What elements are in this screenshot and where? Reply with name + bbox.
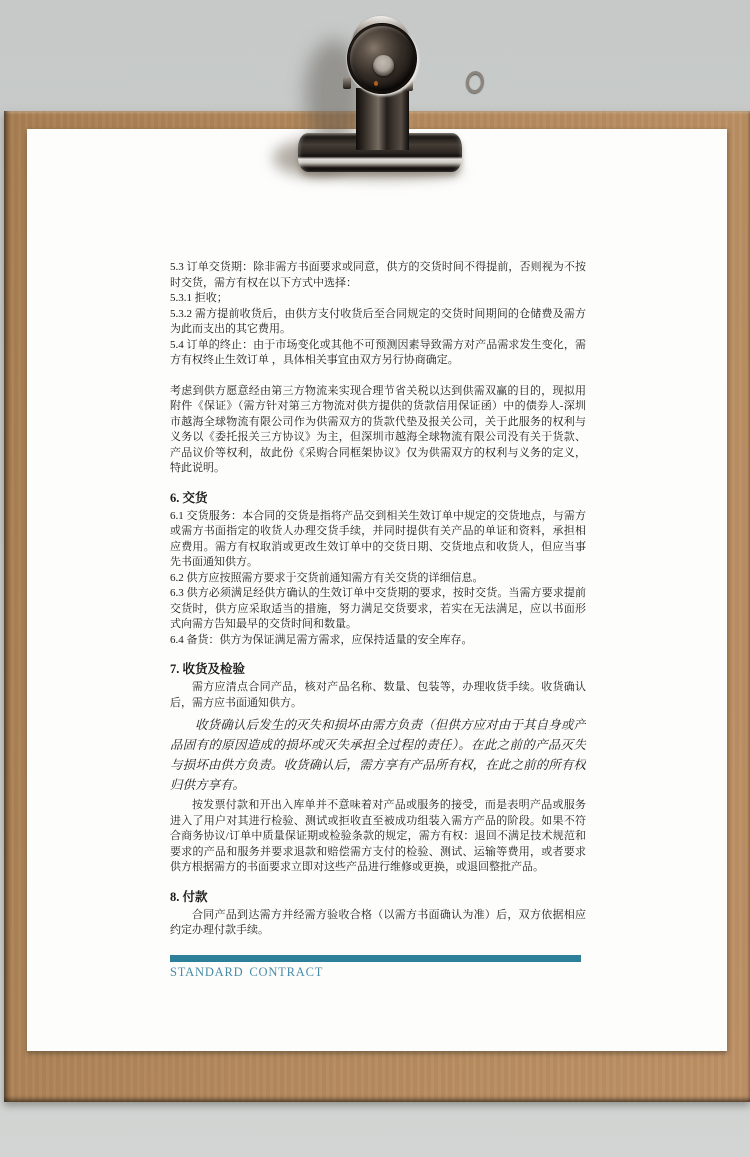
logistics-note: 考虑到供方愿意经由第三方物流来实现合理节省关税以达到供需双赢的目的，现拟用附件《… [170, 384, 586, 477]
clip-stem [356, 88, 409, 150]
section-6-heading: 6. 交货 [170, 490, 586, 506]
clip-knob-glint [374, 81, 378, 86]
footer-accent-bar [170, 955, 581, 962]
section-9-heading: 9. 培训和服务 [170, 952, 586, 953]
clause-5-3: 5.3 订单交货期：除非需方书面要求或同意，供方的交货时间不得提前，否则视为不按… [170, 260, 586, 291]
binder-clip [283, 14, 493, 184]
clip-left-tab [343, 77, 351, 89]
contract-page: 5.3 订单交货期：除非需方书面要求或同意，供方的交货时间不得提前，否则视为不按… [27, 129, 727, 1051]
clause-6-1: 6.1 交货服务：本合同的交货是指将产品交到相关生效订单中规定的交货地点，与需方… [170, 509, 586, 571]
clause-6-3: 6.3 供方必须满足经供方确认的生效订单中交货期的要求，按时交货。当需方要求提前… [170, 586, 586, 633]
clause-6-2: 6.2 供方应按照需方要求于交货前通知需方有关交货的详细信息。 [170, 571, 586, 587]
footer-label: STANDARD CONTRACT [170, 965, 581, 980]
section-8-heading: 8. 付款 [170, 889, 586, 905]
contract-text: 5.3 订单交货期：除非需方书面要求或同意，供方的交货时间不得提前，否则视为不按… [170, 260, 586, 952]
clause-5-4: 5.4 订单的终止：由于市场变化或其他不可预测因素导致需方对产品需求发生变化，需… [170, 338, 586, 369]
clause-8-body: 合同产品到达需方并经需方验收合格（以需方书面确认为准）后，双方依据相应约定办理付… [170, 908, 586, 939]
section-7-heading: 7. 收货及检验 [170, 661, 586, 677]
clause-7-intro: 需方应清点合同产品，核对产品名称、数量、包装等，办理收货手续。收货确认后，需方应… [170, 680, 586, 711]
clause-7-payment: 按发票付款和开出入库单并不意味着对产品或服务的接受，而是表明产品或服务进入了用户… [170, 798, 586, 876]
clause-5-3-1: 5.3.1 拒收； [170, 291, 586, 307]
clause-7-risk: 收货确认后发生的灭失和损坏由需方负责（但供方应对由于其自身或产品固有的原因造成的… [170, 715, 586, 795]
clip-knob [347, 23, 417, 94]
clip-knob-hole [373, 55, 394, 76]
clip-wire-loop [465, 70, 486, 94]
clause-6-4: 6.4 备货：供方为保证满足需方需求，应保持适量的安全库存。 [170, 633, 586, 649]
clause-5-3-2: 5.3.2 需方提前收货后，由供方支付收货后至合同规定的交货时间期间的仓储费及需… [170, 307, 586, 338]
